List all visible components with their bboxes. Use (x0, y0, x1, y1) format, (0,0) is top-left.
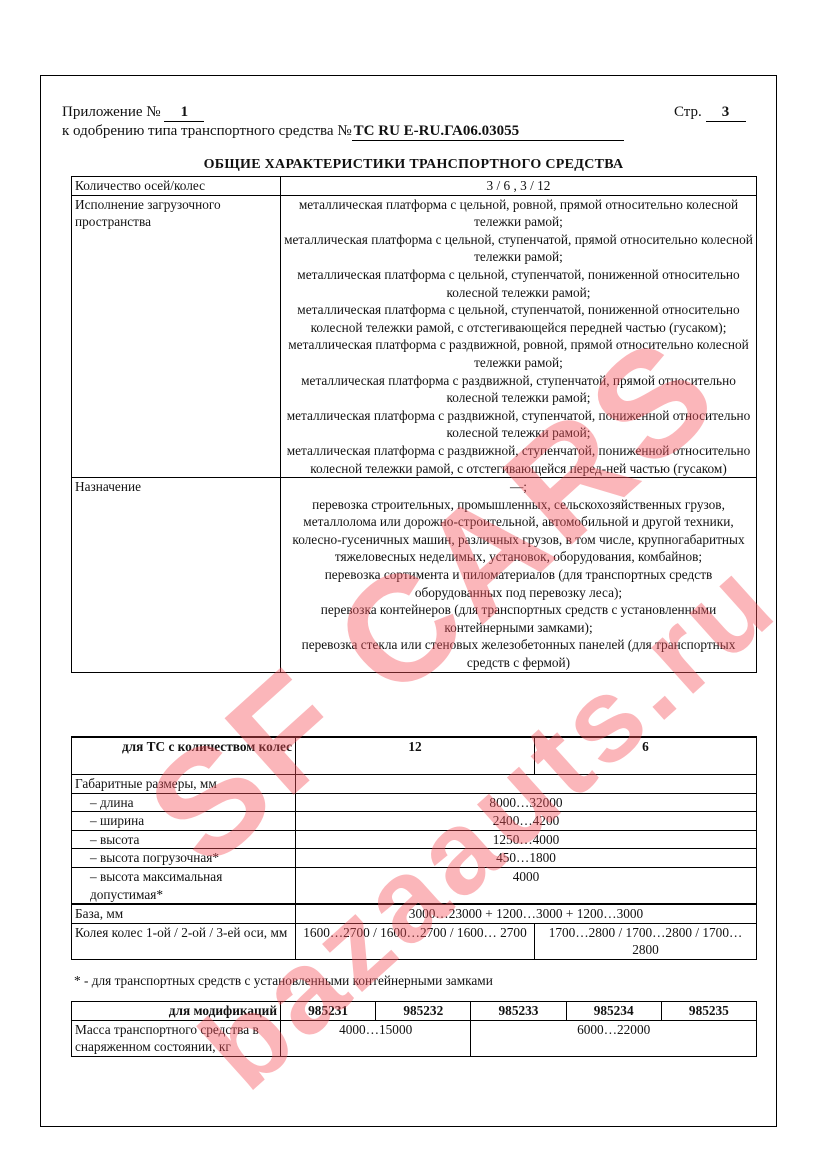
page-number-line: Стр. 3 (674, 103, 746, 122)
wheelbase-label: База, мм (72, 904, 296, 923)
purpose-item: перевозка сортимента и пиломатериалов (д… (284, 566, 753, 601)
model-985232: 985232 (376, 1002, 471, 1021)
curb-mass-group2: 6000…22000 (471, 1020, 757, 1056)
table-header-row: для ТС с количеством колес 12 6 (72, 737, 757, 775)
overall-dimensions-label: Габаритные размеры, мм (72, 775, 296, 794)
cargo-label: Исполнение загрузочного пространства (72, 195, 281, 478)
loading-height-label: – высота погрузочная* (72, 849, 296, 868)
purpose-values: —; перевозка строительных, промышленных,… (281, 478, 757, 673)
wheelbase-value: 3000…23000 + 1200…3000 + 1200…3000 (296, 904, 757, 923)
cargo-item: металлическая платформа с цельной, ступе… (284, 301, 753, 336)
table-row: – длина 8000…32000 (72, 793, 757, 812)
modifications-table: для модификаций 985231 985232 985233 985… (71, 1001, 757, 1057)
table-row: Исполнение загрузочного пространства мет… (72, 195, 757, 478)
col-header-6: 6 (535, 737, 757, 775)
max-height-label: – высота максимальная допустимая* (72, 867, 296, 904)
model-985233: 985233 (471, 1002, 566, 1021)
purpose-item: —; (284, 478, 753, 496)
model-985235: 985235 (661, 1002, 756, 1021)
table-row: – высота 1250…4000 (72, 830, 757, 849)
height-value: 1250…4000 (296, 830, 757, 849)
length-label: – длина (72, 793, 296, 812)
table-row: База, мм 3000…23000 + 1200…3000 + 1200…3… (72, 904, 757, 923)
approval-number: ТС RU E-RU.ГА06.03055 (352, 122, 624, 141)
table-row: Колея колес 1-ой / 2-ой / 3-ей оси, мм 1… (72, 923, 757, 959)
appendix-line: Приложение № 1 (62, 103, 204, 122)
model-985231: 985231 (281, 1002, 376, 1021)
purpose-item: перевозка строительных, промышленных, се… (284, 496, 753, 566)
axles-value: 3 / 6 , 3 / 12 (281, 177, 757, 196)
approval-line: к одобрению типа транспортного средства … (62, 122, 624, 141)
purpose-item: перевозка стекла или стеновых железобето… (284, 636, 753, 671)
col-header-12: 12 (296, 737, 535, 775)
modifications-header: для модификаций (72, 1002, 281, 1021)
page-title: ОБЩИЕ ХАРАКТЕРИСТИКИ ТРАНСПОРТНОГО СРЕДС… (0, 157, 827, 173)
table-header-row: для модификаций 985231 985232 985233 985… (72, 1002, 757, 1021)
table-row: Количество осей/колес 3 / 6 , 3 / 12 (72, 177, 757, 196)
table-row: – ширина 2400…4200 (72, 812, 757, 831)
loading-height-value: 450…1800 (296, 849, 757, 868)
axles-label: Количество осей/колес (72, 177, 281, 196)
table-row: – высота погрузочная* 450…1800 (72, 849, 757, 868)
track-value-12: 1600…2700 / 1600…2700 / 1600… 2700 (296, 923, 535, 959)
table-row: Назначение —; перевозка строительных, пр… (72, 478, 757, 673)
cargo-item: металлическая платформа с цельной, ступе… (284, 231, 753, 266)
cargo-item: металлическая платформа с раздвижной, ст… (284, 407, 753, 442)
width-label: – ширина (72, 812, 296, 831)
track-value-6: 1700…2800 / 1700…2800 / 1700… 2800 (535, 923, 757, 959)
width-value: 2400…4200 (296, 812, 757, 831)
general-characteristics-table: Количество осей/колес 3 / 6 , 3 / 12 Исп… (71, 176, 757, 673)
appendix-label: Приложение № (62, 104, 161, 120)
cargo-item: металлическая платформа с цельной, ровно… (284, 196, 753, 231)
cargo-item: металлическая платформа с раздвижной, ст… (284, 372, 753, 407)
footnote: * - для транспортных средств с установле… (74, 973, 493, 989)
dimensions-table: для ТС с количеством колес 12 6 Габаритн… (71, 736, 757, 960)
curb-mass-label: Масса транспортного средства в снаряженн… (72, 1020, 281, 1056)
cargo-item: металлическая платформа с цельной, ступе… (284, 266, 753, 301)
cargo-item: металлическая платформа с раздвижной, ст… (284, 442, 753, 477)
track-label: Колея колес 1-ой / 2-ой / 3-ей оси, мм (72, 923, 296, 959)
cargo-values: металлическая платформа с цельной, ровно… (281, 195, 757, 478)
cargo-item: металлическая платформа с раздвижной, ро… (284, 336, 753, 371)
page-label: Стр. (674, 104, 702, 120)
wheel-count-header: для ТС с количеством колес (72, 737, 296, 775)
table-row: Габаритные размеры, мм (72, 775, 757, 794)
approval-label: к одобрению типа транспортного средства … (62, 123, 352, 139)
length-value: 8000…32000 (296, 793, 757, 812)
model-985234: 985234 (566, 1002, 661, 1021)
page-number: 3 (706, 103, 746, 122)
table-row: Масса транспортного средства в снаряженн… (72, 1020, 757, 1056)
height-label: – высота (72, 830, 296, 849)
table-row: – высота максимальная допустимая* 4000 (72, 867, 757, 904)
purpose-item: перевозка контейнеров (для транспортных … (284, 601, 753, 636)
purpose-label: Назначение (72, 478, 281, 673)
max-height-value: 4000 (296, 867, 757, 904)
appendix-number: 1 (164, 103, 204, 122)
curb-mass-group1: 4000…15000 (281, 1020, 471, 1056)
